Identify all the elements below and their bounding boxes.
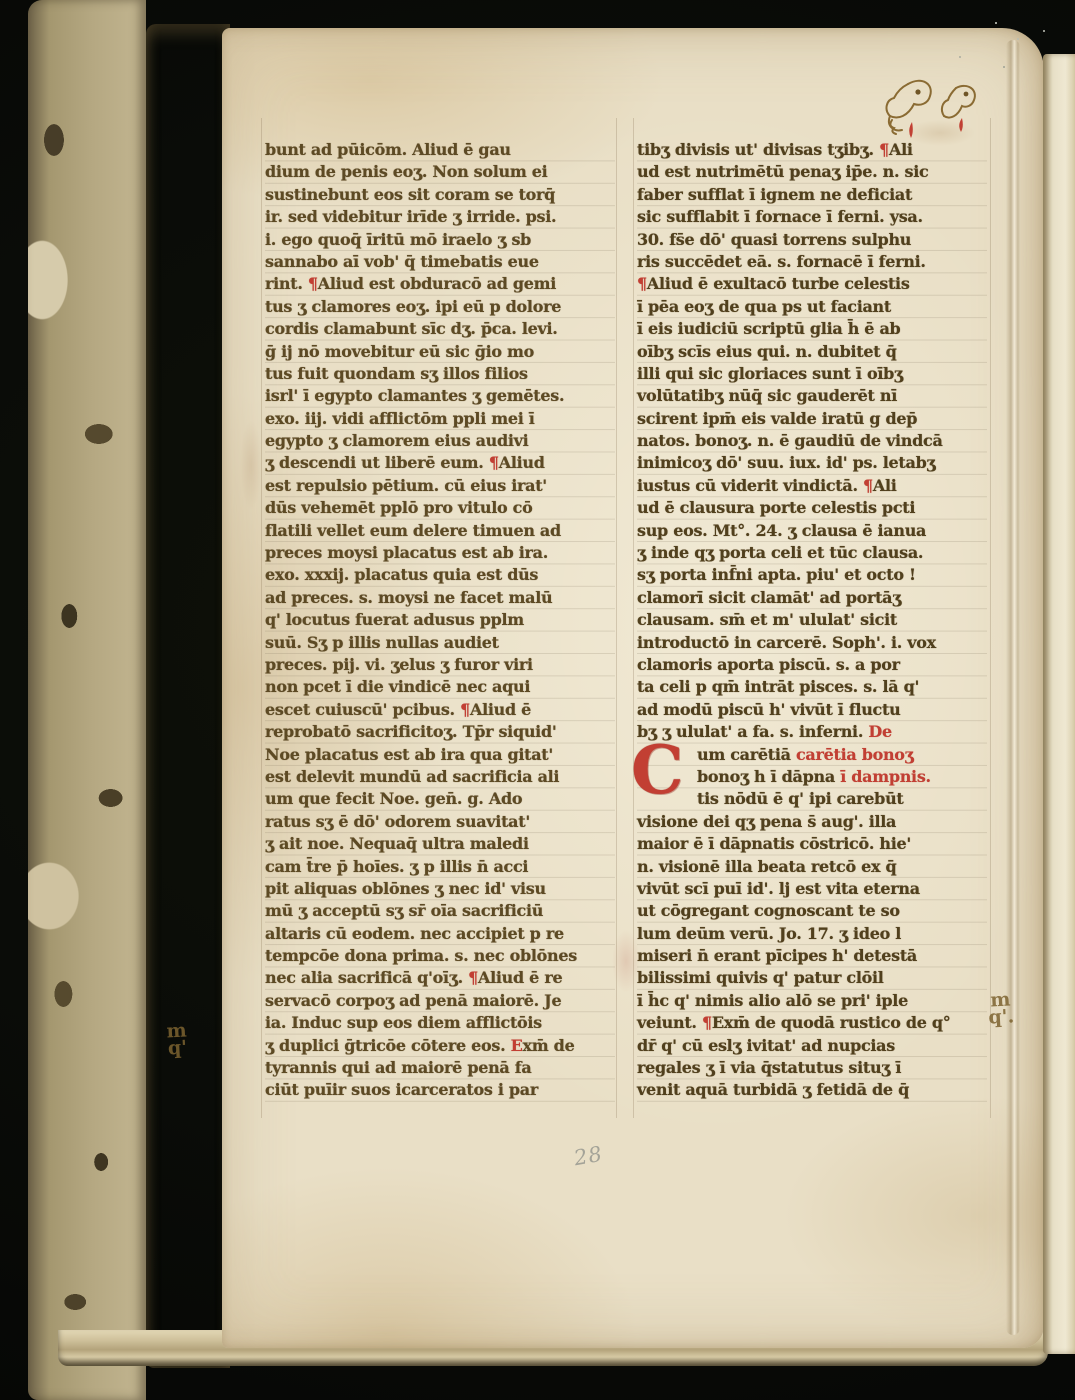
vellum-cover-edge [28,0,146,1400]
text-line: um que fecit Noe. gen̄. g. Ado [265,788,615,810]
text-line: ʒ descendi ut liberē eum. ¶Aliud [265,452,615,474]
text-line: servacō corpoʒ ad penā maiorē. Je [265,990,615,1012]
text-line: vivūt scī puī id'. lj est vita eterna [637,878,987,900]
text-line: cordis clamabunt sīc dʒ. p̄ca. levi. [265,318,615,340]
text-line: 30. fs̄e dō' quasi torrens sulphu [637,229,987,251]
text-line: clausam. sm̄ et m' ululat' sicit [637,609,987,631]
text-line: ḡ ij nō movebitur eū sic ḡio mo [265,341,615,363]
ruling-guide-right-b [990,118,991,1118]
text-line: sic sufflabit ī fornace ī ferni. ysa. [637,206,987,228]
text-line: illi qui sic gloriaces sunt ī oībʒ [637,363,987,385]
text-line: bunt ad pūicōm. Aliud ē gau [265,139,615,161]
text-line: bilissimi quivis q' patur clōil [637,967,987,989]
text-line: regales ʒ ī via q̄statutus situʒ ī [637,1057,987,1079]
facing-page-edge [1043,54,1075,1354]
folio-number: 28 [572,1142,604,1171]
text-line: ad modū piscū h' vivūt ī fluctu [637,699,987,721]
text-line: ¶Aliud ē exultacō turbe celestis [637,273,987,295]
margin-note-right: m q'. [987,991,1014,1026]
text-line: q' locutus fuerat adusus pplm [265,609,615,631]
text-line: ud est nutrimētū penaʒ ip̄e. n. sic [637,161,987,183]
text-line: dūs vehemēt pplō pro vitulo cō [265,497,615,519]
text-line: tus fuit quondam sʒ illos filios [265,363,615,385]
text-line: exo. xxxij. placatus quia est dūs [265,564,615,586]
text-line: preces moysi placatus est ab ira. [265,542,615,564]
text-line: ut cōgregant cognoscant te so [637,900,987,922]
text-line: natos. bonoʒ. n. ē gaudiū de vindcā [637,430,987,452]
text-line: suū. Sʒ p illis nullas audiet [265,632,615,654]
text-line: ta celi p qm̄ intrāt pisces. s. lā q' [637,676,987,698]
text-line: ad preces. s. moysi ne facet malū [265,587,615,609]
ruling-guide-left-a [261,118,262,1118]
text-line: nec alia sacrificā q'oīʒ. ¶Aliud ē re [265,967,615,989]
text-line: sannabo aī vob' q̄ timebatis eue [265,251,615,273]
text-line: clamorī sicit clamāt' ad portāʒ [637,587,987,609]
text-line: non pcet ī die vindicē nec aqui [265,676,615,698]
text-line: sʒ porta inf̄ni apta. piu' et octo ! [637,564,987,586]
margin-note-left: m q' [166,1022,188,1057]
text-column-left: bunt ad pūicōm. Aliud ē gaudium de penis… [265,139,615,1105]
text-line: ʒ ait noe. Nequaq̄ ultra maledi [265,833,615,855]
text-line: Noe placatus est ab ira qua gitat' [265,744,615,766]
text-line: mū ʒ acceptū sʒ sr̄ oīa sacrificiū [265,900,615,922]
text-line: ia. Induc sup eos diem afflictōis [265,1012,615,1034]
text-line: egypto ʒ clamorem eius audivi [265,430,615,452]
margin-note-right-line2: q'. [988,1008,1015,1026]
chapter-initial: C [631,737,695,807]
text-line: i. ego quoq̄ īritū mō iraelo ʒ sb [265,229,615,251]
text-line: n. visionē illa beata retcō ex q̄ [637,856,987,878]
text-line: introductō in carcerē. Soph'. i. vox [637,632,987,654]
text-column-right: C tibʒ divisis ut' divisas tʒibʒ. ¶Aliud… [637,139,987,1105]
manuscript-photo: bunt ad pūicōm. Aliud ē gaudium de penis… [0,0,1075,1400]
text-line: venit aquā turbidā ʒ fetidā de q̄ [637,1079,987,1101]
text-line: ir. sed videbitur irīde ʒ irride. psi. [265,206,615,228]
text-line: reprobatō sacrificitoʒ. Tp̄r siquid' [265,721,615,743]
text-line: visione dei qʒ pena s̄ aug'. illa [637,811,987,833]
text-line: rint. ¶Aliud est obduracō ad gemi [265,273,615,295]
text-line: oībʒ scīs eius qui. n. dubitet q̄ [637,341,987,363]
text-line: ciūt puīir suos icarceratos i par [265,1079,615,1101]
text-line: exo. iij. vidi afflictōm ppli mei ī [265,408,615,430]
text-line: ī eis iudiciū scriptū glia h̄ ē ab [637,318,987,340]
text-line: volūtatibʒ nūq̄ sic gauderēt nī [637,385,987,407]
text-line: lum deūm verū. Jo. 17. ʒ ideo l [637,923,987,945]
text-line: faber sufflat ī ignem ne deficiat [637,184,987,206]
text-line: clamoris aporta piscū. s. a por [637,654,987,676]
page-fold-ridge [1006,40,1020,1335]
text-line: est repulsio pētium. cū eius irat' [265,475,615,497]
text-line: ī pēa eoʒ de qua ps ut faciant [637,296,987,318]
text-line: est delevit mundū ad sacrificia ali [265,766,615,788]
text-line: pit aliquas oblōnes ʒ nec id' visu [265,878,615,900]
text-line: tyrannis qui ad maiorē penā fa [265,1057,615,1079]
text-line: miseri n̄ erant pīcipes h' detestā [637,945,987,967]
text-line: inimicoʒ dō' suu. iux. id' ps. letabʒ [637,452,987,474]
text-line: ī h̄c q' nimis alio alō se pri' iple [637,990,987,1012]
text-line: tus ʒ clamores eoʒ. ipi eū p dolore [265,296,615,318]
text-line: ʒ duplici ḡtricōe cōtere eos. Exm̄ de [265,1035,615,1057]
text-line: dr̄ q' cū eslʒ ivitat' ad nupcias [637,1035,987,1057]
text-line: scirent ipm̄ eis valde iratū g dep̄ [637,408,987,430]
page-stack-edge-left [146,24,230,1368]
dust-specks [995,22,997,24]
text-line: ris succēdet eā. s. fornacē ī ferni. [637,251,987,273]
text-line: cam t̄re p̄ hoīes. ʒ p illis n̄ acci [265,856,615,878]
text-line: iustus cū viderit vindictā. ¶Ali [637,475,987,497]
text-line: dium de penis eoʒ. Non solum ei [265,161,615,183]
ink-smudge [612,930,640,992]
text-line: ud ē clausura porte celestis pcti [637,497,987,519]
text-line: ʒ inde qʒ porta celi et tūc clausa. [637,542,987,564]
text-line: isrl' ī egypto clamantes ʒ gemētes. [265,385,615,407]
text-line: sup eos. Mt°. 24. ʒ clausa ē ianua [637,520,987,542]
text-line: escet cuiuscū' pcibus. ¶Aliud ē [265,699,615,721]
text-line: tempcōe dona prima. s. nec oblōnes [265,945,615,967]
parchment-stain [240,420,262,510]
text-line: flatili vellet eum delere timuen ad [265,520,615,542]
text-line: altaris cū eodem. nec accipiet p re [265,923,615,945]
text-line: veiunt. ¶Exm̄ de quodā rustico de q° [637,1012,987,1034]
text-line: ratus sʒ ē dō' odorem suavitat' [265,811,615,833]
text-line: sustinebunt eos sit coram se torq̄ [265,184,615,206]
parchment-stain-top [905,120,975,146]
text-line: maior ē ī dāpnatis cōstricō. hie' [637,833,987,855]
text-line: preces. pij. vi. ʒelus ʒ furor viri [265,654,615,676]
margin-note-left-line2: q' [167,1039,188,1057]
